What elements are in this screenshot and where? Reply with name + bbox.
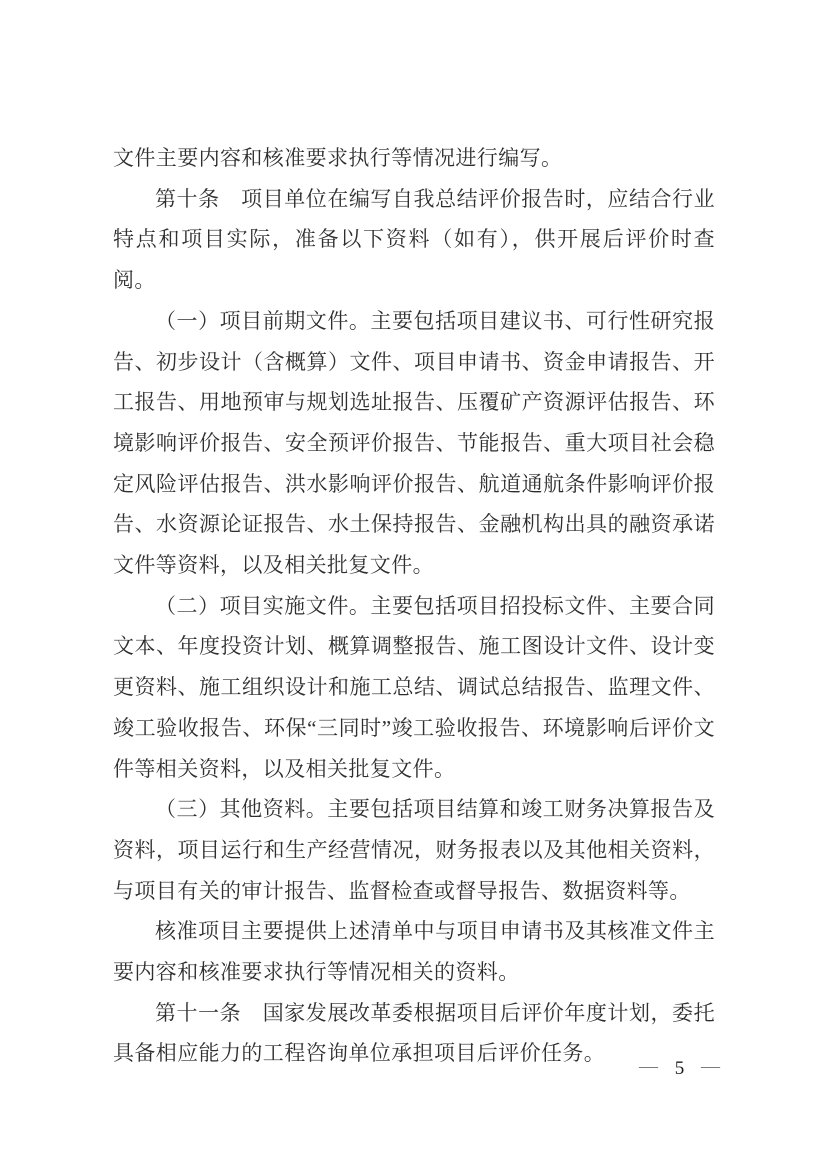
document-page: 文件主要内容和核准要求执行等情况进行编写。 第十条 项目单位在编写自我总结评价报…: [0, 0, 827, 1169]
paragraph-item-1-pre-project-documents: （一）项目前期文件。主要包括项目建议书、可行性研究报告、初步设计（含概算）文件、…: [113, 301, 715, 586]
page-number: 5: [675, 1058, 686, 1079]
document-text-body: 文件主要内容和核准要求执行等情况进行编写。 第十条 项目单位在编写自我总结评价报…: [113, 138, 715, 1074]
paragraph-continuation: 文件主要内容和核准要求执行等情况进行编写。: [113, 138, 715, 179]
paragraph-article-10: 第十条 项目单位在编写自我总结评价报告时，应结合行业特点和项目实际，准备以下资料…: [113, 179, 715, 301]
page-number-footer: — 5 —: [639, 1058, 721, 1080]
page-number-right-dash: —: [701, 1056, 721, 1077]
paragraph-item-2-implementation-documents: （二）项目实施文件。主要包括项目招投标文件、主要合同文本、年度投资计划、概算调整…: [113, 586, 715, 790]
paragraph-article-11: 第十一条 国家发展改革委根据项目后评价年度计划，委托具备相应能力的工程咨询单位承…: [113, 993, 715, 1074]
paragraph-approved-projects-note: 核准项目主要提供上述清单中与项目申请书及其核准文件主要内容和核准要求执行等情况相…: [113, 911, 715, 992]
page-number-left-dash: —: [639, 1056, 659, 1077]
paragraph-item-3-other-materials: （三）其他资料。主要包括项目结算和竣工财务决算报告及资料，项目运行和生产经营情况…: [113, 789, 715, 911]
